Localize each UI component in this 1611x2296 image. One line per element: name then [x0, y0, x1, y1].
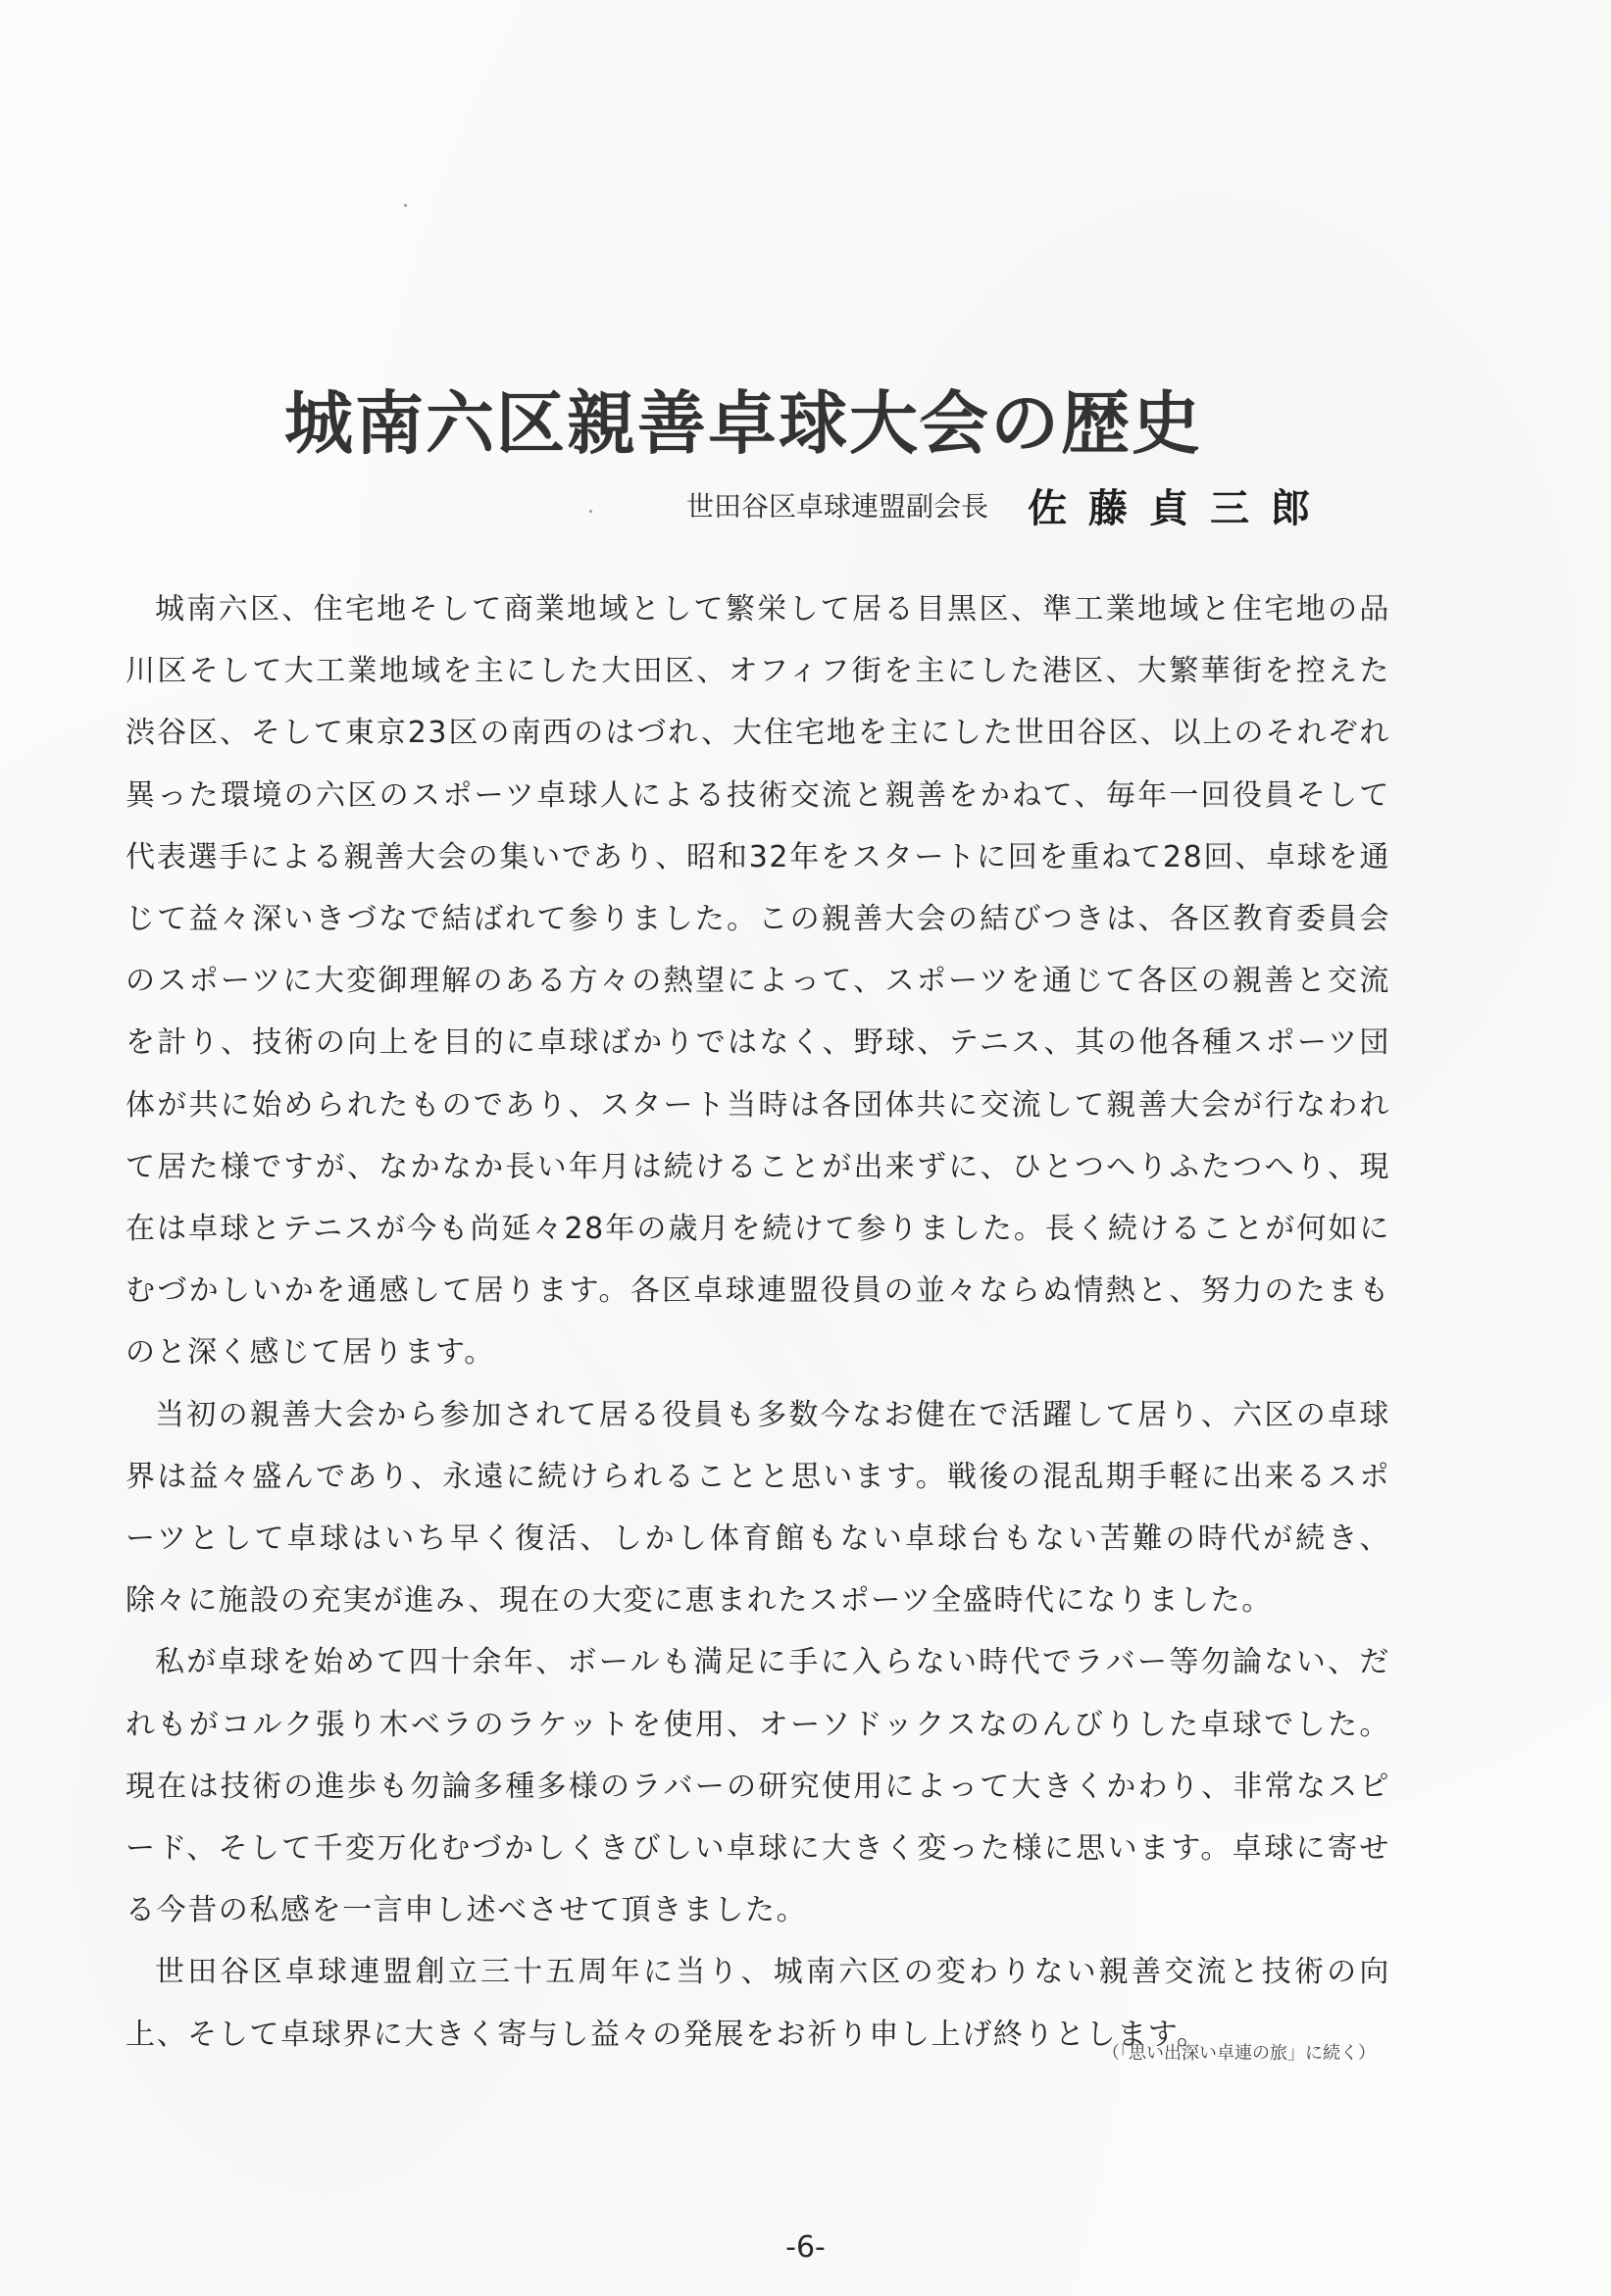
- byline: 世田谷区卓球連盟副会長 佐藤貞三郎: [686, 471, 1392, 539]
- article-title: 城南六区親善卓球大会の歴史: [284, 379, 1245, 468]
- scan-speck: [589, 510, 592, 513]
- author-name: 佐藤貞三郎: [1028, 477, 1332, 533]
- author-role: 世田谷区卓球連盟副会長: [686, 485, 988, 524]
- paragraph-2: 当初の親善大会から参加されて居る役員も多数今なお健在で活躍して居り、六区の卓球界…: [126, 1384, 1390, 1632]
- page-number: -6-: [0, 2230, 1611, 2265]
- continued-note: （「思い出深い卓連の旅」に続く）: [1102, 2039, 1376, 2065]
- paragraph-1: 城南六区、住宅地そして商業地域として繁栄して居る目黒区、準工業地域と住宅地の品川…: [126, 578, 1390, 1384]
- scan-speck: [920, 420, 923, 423]
- paragraph-3: 私が卓球を始めて四十余年、ボールも満足に手に入らない時代でラバー等勿論ない、だれ…: [126, 1631, 1390, 1941]
- scanned-page: 城南六区親善卓球大会の歴史 世田谷区卓球連盟副会長 佐藤貞三郎 城南六区、住宅地…: [0, 0, 1611, 2296]
- scan-speck: [404, 204, 407, 207]
- article-body: 城南六区、住宅地そして商業地域として繁栄して居る目黒区、準工業地域と住宅地の品川…: [126, 578, 1390, 2066]
